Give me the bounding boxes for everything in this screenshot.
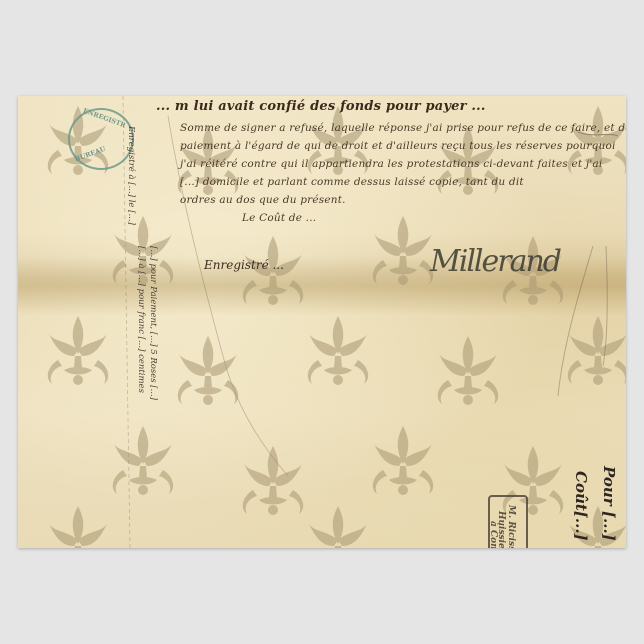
letter-line: [...] domicile et parlant comme dessus l…: [180, 176, 524, 188]
letter-line: paiement à l'égard de qui de droit et d'…: [180, 140, 616, 152]
vertical-note: [...] à [...] pour franc [...] centimes: [136, 246, 146, 393]
bailiff-box-stamp: M. Ricisson Huissier à Condé: [488, 495, 528, 548]
document-sheet: ENREGISTR BUREAU ... m lui avait confié …: [18, 96, 626, 548]
signature: Millerand: [430, 244, 560, 279]
postmark-stamp: ENREGISTR BUREAU: [68, 108, 134, 170]
handwritten-mark: Enregistré ...: [204, 258, 284, 272]
letter-line: Le Coût de ...: [242, 212, 316, 224]
letter-line: Somme de signer a refusé, laquelle répon…: [180, 122, 626, 134]
letter-line: ordres au dos que du présent.: [180, 194, 346, 206]
edge-text: Pour [...]: [600, 466, 618, 541]
letter-line: j'ai réitéré contre qui il appartiendra …: [180, 158, 602, 170]
vertical-note: [...] pour Paiement, [...] 5 Roses [...]: [148, 246, 158, 400]
vertical-note: Enregistré à [...] le [...]: [126, 126, 136, 225]
letter-line: ... m lui avait confié des fonds pour pa…: [156, 99, 486, 114]
edge-text: Coût[...]: [572, 471, 590, 541]
